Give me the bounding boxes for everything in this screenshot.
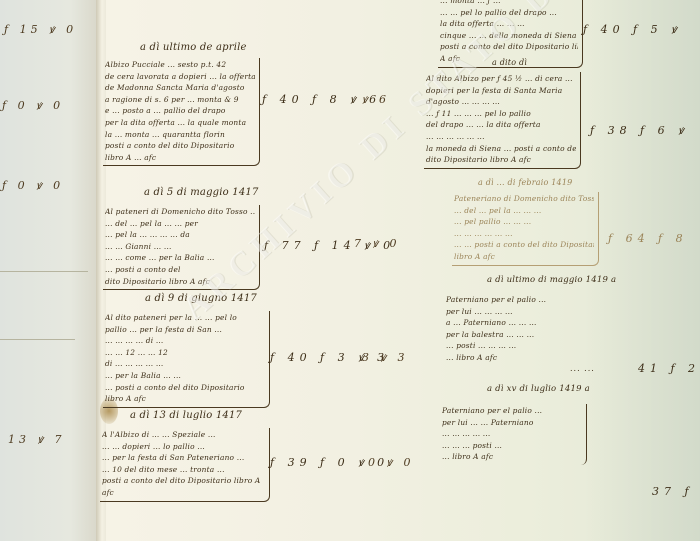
entry-amount: ƒ 40 ƒ 5 ꝟ	[583, 22, 682, 37]
entry-line: ... posti a conto del dito Dipositario	[105, 382, 265, 394]
entry-line: a ... Paterniano ... ... ...	[446, 317, 586, 329]
entry-date-heading: a dì 13 di luglio 1417	[130, 410, 242, 421]
entry-line: de cera lavorata a dopieri ... la offert…	[105, 71, 255, 83]
entry-line: Albizo Pucciale ... sesto p.t. 42	[105, 59, 255, 71]
entry-line: per lui ... ... Paterniano	[442, 417, 582, 429]
entry-line: ... ƒ 11 ... ... ... pel lo pallio	[426, 108, 576, 120]
entry-date-heading: a dì ... di febraio 1419	[478, 178, 572, 187]
ledger-entry: Paterniano per el palio ... per lui ... …	[444, 293, 590, 366]
margin-amount: 13 ꝟ 7	[8, 432, 66, 447]
entry-line: ... ... dopieri ... lo pallio ...	[102, 441, 265, 453]
ledger-entry: Paterniano per el palio ... per lui ... …	[440, 404, 587, 465]
entry-line: Al dito pateneri per la ... ... pel lo	[105, 312, 265, 324]
entry-line: ... pel la ... ... ... ... da	[105, 229, 255, 241]
ruled-line	[0, 271, 88, 272]
margin-amount: ƒ 0 ꝟ 0	[2, 178, 64, 193]
entry-line: posti a conto del dito Dipositario libro…	[102, 475, 265, 487]
entry-date-heading: a dì 5 di maggio 1417	[144, 187, 259, 198]
entry-line: la ... monta ... quarantta florin	[105, 129, 255, 141]
entry-amount: ƒ 38 ƒ 6 ꝟ	[590, 123, 689, 138]
entry-line: del drapo ... ... la dita offerta	[426, 119, 576, 131]
ledger-entry: Al dito pateneri per la ... ... pel lo p…	[103, 311, 270, 408]
entry-line: Paterniano per el palio ...	[446, 294, 586, 306]
entry-line: A l'Albizo di ... ... Speziale ...	[102, 429, 265, 441]
ledger-entry: Albizo Pucciale ... sesto p.t. 42 de cer…	[103, 58, 260, 166]
entry-line: ... libro A afc	[446, 352, 586, 364]
entry-line: ... ... ... ... ... ...	[454, 228, 594, 240]
entry-amount: 41 ƒ 2	[638, 362, 700, 375]
entry-line: ... ... posti a conto del dito Dipositar…	[454, 239, 594, 251]
entry-line: ... ... ... posti ...	[442, 440, 582, 452]
entry-date-heading: a dì xv di luglio 1419 a	[487, 384, 590, 394]
entry-line: ... del ... pel la ... ... ...	[454, 205, 594, 217]
entry-line: ... libro A afc	[442, 451, 582, 463]
entry-line: ... pel pallio ... ... ...	[454, 216, 594, 228]
entry-amount: ƒ 64 ƒ 8	[608, 232, 688, 245]
margin-amount: 0 ꝟ 0	[368, 455, 415, 470]
margin-amount: 7 ꝟ 0	[354, 236, 401, 251]
ledger-entry-faded: Pateneriano di Domenicho dito Tosso ... …	[452, 192, 599, 266]
entry-line: afc	[102, 487, 265, 499]
entry-amount: 37 ƒ	[652, 485, 694, 498]
entry-line: per lui ... ... ... ...	[446, 306, 586, 318]
entry-line: dito Dipositario libro A afc	[426, 154, 576, 166]
entry-line: libro A afc	[454, 251, 594, 263]
entry-date-heading: a dì ultimo de aprile	[140, 42, 247, 53]
entry-line: ... ... 12 ... ... 12	[105, 347, 265, 359]
entry-line: di ... ... ... ... ...	[105, 358, 265, 370]
entry-line: la moneda di Siena ... posti a conto del	[426, 143, 576, 155]
entry-line: ... per la festa di San Pateneriano ...	[102, 452, 265, 464]
entry-amount-note: ... ...	[570, 364, 595, 373]
ledger-entry: A l'Albizo di ... ... Speziale ... ... .…	[100, 428, 270, 502]
entry-line: ... ... ... ... ... ...	[426, 131, 576, 143]
facing-page-edge	[585, 0, 700, 541]
margin-amount: ꝟ 6	[362, 92, 390, 107]
entry-date-heading: a dì ultimo di maggio 1419 a	[487, 275, 616, 285]
entry-line: Al pateneri di Domenicho dito Tosso ... …	[105, 206, 255, 218]
entry-line: per la dita offerta ... la quale monta	[105, 117, 255, 129]
entry-line: per la balestra ... ... ...	[446, 329, 586, 341]
margin-amount: ƒ 0 ꝟ 0	[2, 98, 64, 113]
entry-line: Paterniano per el palio ...	[442, 405, 582, 417]
entry-line: libro A afc	[105, 393, 265, 405]
entry-line: de Madonna Sancta Maria d'agosto	[105, 82, 255, 94]
entry-line: libro A ... afc	[105, 152, 255, 164]
entry-line: ... ... ... ... ...	[442, 428, 582, 440]
entry-line: e ... posto a ... pallio del drapo	[105, 105, 255, 117]
entry-line: pallio ... per la festa di San ...	[105, 324, 265, 336]
entry-line: ... ... ... ... di ...	[105, 335, 265, 347]
ruled-line	[0, 339, 75, 340]
entry-line: ... del ... pel la ... ... per	[105, 218, 255, 230]
margin-amount: ƒ 15 ꝟ 0	[4, 22, 77, 37]
margin-amount: 3 ꝟ 3	[362, 350, 409, 365]
entry-line: ... per la Balia ... ...	[105, 370, 265, 382]
entry-line: Pateneriano di Domenicho dito Tosso	[454, 193, 594, 205]
entry-line: ... 10 del dito mese ... tronta ...	[102, 464, 265, 476]
entry-line: posti a conto del dito Dipositario	[105, 140, 255, 152]
entry-line: ... posti ... ... ... ...	[446, 340, 586, 352]
entry-line: a ragione di s. 6 per ... monta & 9	[105, 94, 255, 106]
